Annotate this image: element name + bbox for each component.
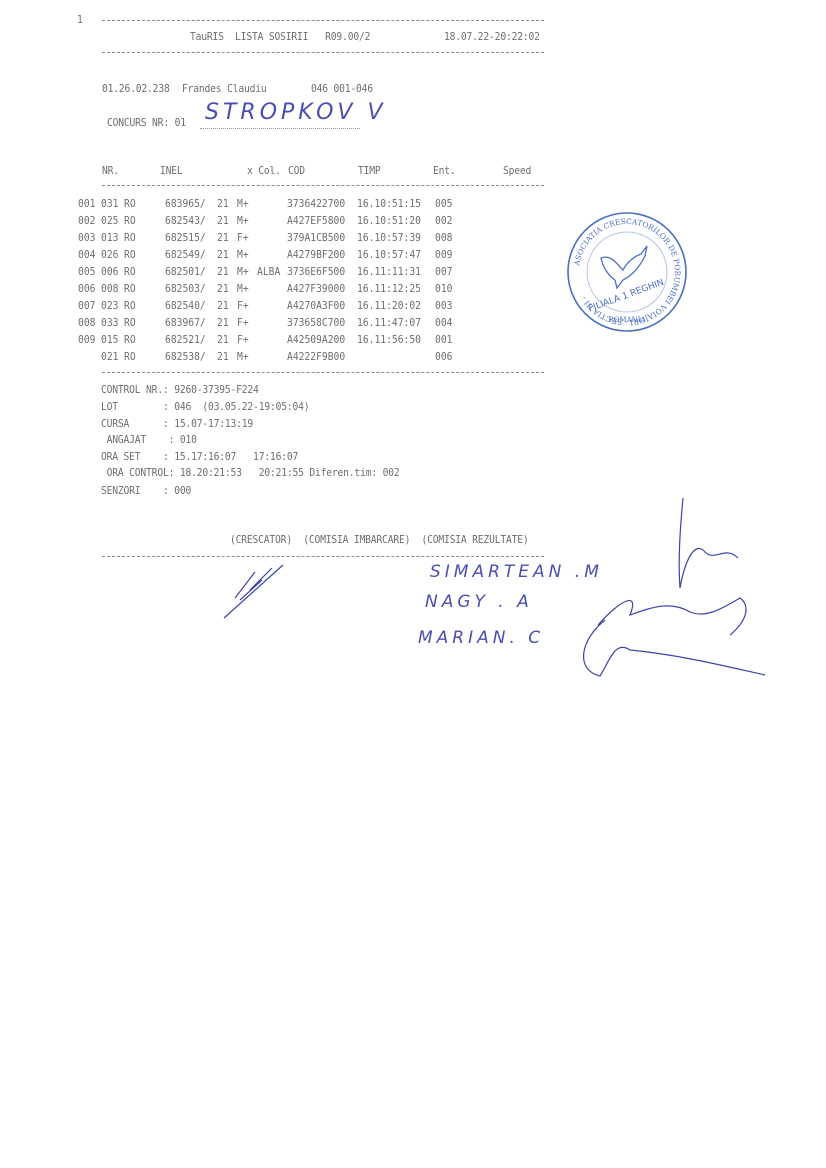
signature-scribbles: [0, 0, 826, 700]
svg-text:FILIALA 1 REGHIN: FILIALA 1 REGHIN: [587, 278, 665, 315]
association-stamp: ASOCIATIA CRESCATORILOR DE PORUMBEI VOIA…: [565, 210, 689, 334]
dove-icon: [601, 246, 647, 288]
svg-text:ROMANIA: ROMANIA: [608, 316, 646, 324]
